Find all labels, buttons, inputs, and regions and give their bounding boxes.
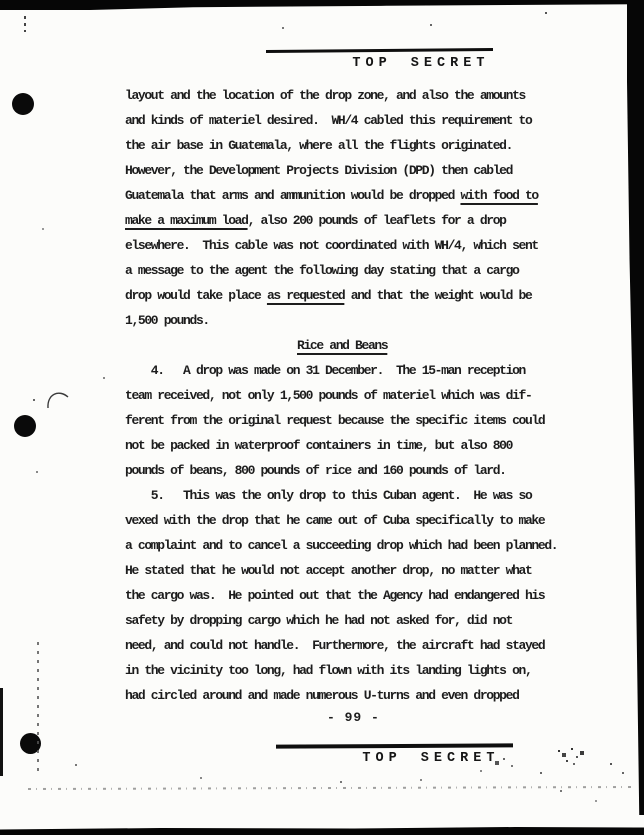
text-segment: vexed with the drop that he came out of … [125,513,544,528]
text-segment: and that the weight would be [344,288,531,303]
text-segment: drop would take place [125,288,267,303]
text-segment: ferent from the original request because… [125,413,544,428]
text-line: He stated that he would not accept anoth… [125,558,595,583]
text-segment: He stated that he would not accept anoth… [125,563,531,578]
text-segment: elsewhere. This cable was not coordinate… [125,238,538,253]
scan-edge-left-artifact [0,688,3,776]
underlined-text: with food to [460,188,537,203]
text-segment: a message to the agent the following day… [125,263,519,278]
speckle-noise [0,0,2,2]
hole-punch-mark [14,415,36,437]
text-line: the cargo was. He pointed out that the A… [125,583,595,608]
text-line: Guatemala that arms and ammunition would… [125,183,595,208]
text-segment: Guatemala that arms and ammunition would… [125,188,460,203]
text-line: had circled around and made numerous U-t… [125,683,595,708]
text-line: a complaint and to cancel a succeeding d… [125,533,595,558]
text-segment: 4. A drop was made on 31 December. The 1… [125,363,525,378]
classification-stamp-text: TOP SECRET [362,751,499,766]
scan-edge-top-artifact [0,0,644,10]
text-segment: need, and could not handle. Furthermore,… [125,638,544,653]
text-line: in the vicinity too long, had flown with… [125,658,595,683]
underlined-text: make a maximum load [125,213,248,228]
text-segment: 5. This was the only drop to this Cuban … [125,488,531,503]
text-line: pounds of beans, 800 pounds of rice and … [125,458,595,483]
text-line: need, and could not handle. Furthermore,… [125,633,595,658]
section-heading: Rice and Beans [125,333,595,358]
scan-edge-right-artifact [627,0,644,815]
text-line: vexed with the drop that he came out of … [125,508,595,533]
text-segment: not be packed in waterproof containers i… [125,438,512,453]
text-segment: had circled around and made numerous U-t… [125,688,519,703]
text-line: team received, not only 1,500 pounds of … [125,383,595,408]
text-line: elsewhere. This cable was not coordinate… [125,233,595,258]
text-line: and kinds of materiel desired. WH/4 cabl… [125,108,595,133]
margin-dash-column-artifact [37,642,39,772]
text-segment: pounds of beans, 800 pounds of rice and … [125,463,506,478]
text-segment: , also 200 pounds of leaflets for a drop [248,213,506,228]
text-segment: 1,500 pounds. [125,313,209,328]
text-line: 1,500 pounds. [125,308,595,333]
text-line: 4. A drop was made on 31 December. The 1… [125,358,595,383]
scan-edge-bottom-artifact [0,825,644,835]
text-line: ferent from the original request because… [125,408,595,433]
strikethrough-line [266,48,493,53]
underlined-text: Rice and Beans [297,338,387,353]
text-line: the air base in Guatemala, where all the… [125,133,595,158]
text-line: safety by dropping cargo which he had no… [125,608,595,633]
strikethrough-line [276,743,513,748]
margin-dot-mark [24,16,26,32]
classification-stamp-bottom: TOP SECRET [286,736,499,796]
page-number: - 99 - [327,710,380,725]
text-line: 5. This was the only drop to this Cuban … [125,483,595,508]
text-segment: a complaint and to cancel a succeeding d… [125,538,557,553]
text-line: However, the Development Projects Divisi… [125,158,595,183]
text-segment: and kinds of materiel desired. WH/4 cabl… [125,113,531,128]
text-segment: layout and the location of the drop zone… [125,88,525,103]
text-line: drop would take place as requested and t… [125,283,595,308]
text-segment: the air base in Guatemala, where all the… [125,138,512,153]
scanned-document-page: TOP SECRET TOP SECRET layout and the loc… [0,0,644,835]
hole-punch-mark [12,93,34,115]
text-line: layout and the location of the drop zone… [125,83,595,108]
pen-arc-mark [45,388,71,410]
text-segment: the cargo was. He pointed out that the A… [125,588,544,603]
text-segment: in the vicinity too long, had flown with… [125,663,531,678]
classification-stamp-text: TOP SECRET [352,56,489,71]
text-line: not be packed in waterproof containers i… [125,433,595,458]
underlined-text: as requested [267,288,344,303]
document-body: layout and the location of the drop zone… [125,83,595,708]
text-segment: team received, not only 1,500 pounds of … [125,388,531,403]
text-line: a message to the agent the following day… [125,258,595,283]
text-line: make a maximum load, also 200 pounds of … [125,208,595,233]
text-segment: However, the Development Projects Divisi… [125,163,512,178]
text-segment: safety by dropping cargo which he had no… [125,613,512,628]
